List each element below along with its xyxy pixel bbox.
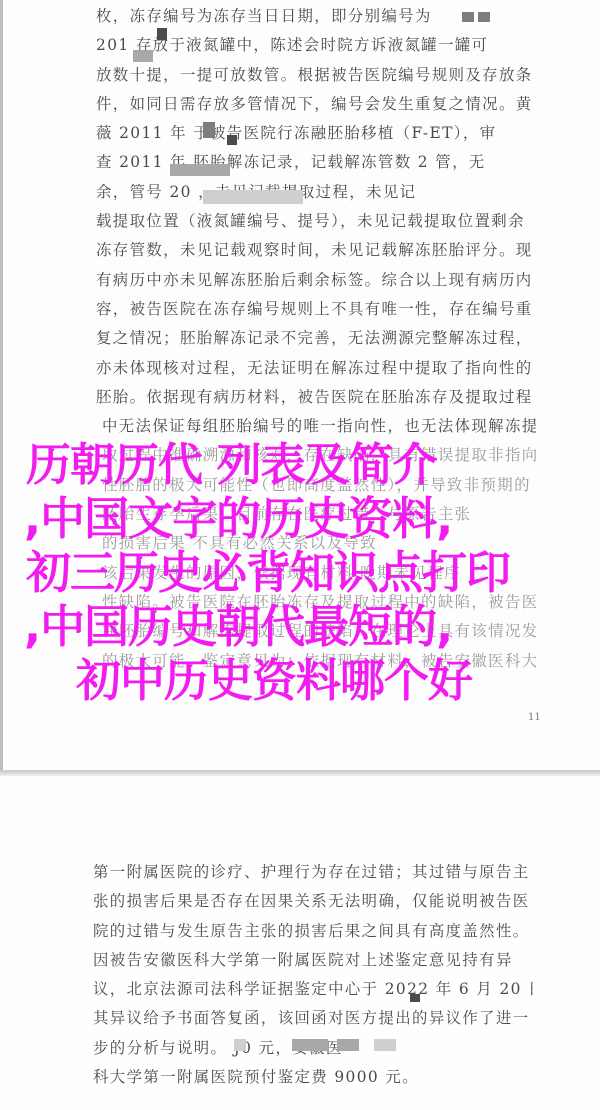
redaction-block bbox=[203, 190, 303, 204]
redaction-block bbox=[133, 50, 153, 62]
text-line: 第一附属医院的诊疗、护理行为存在过错；其过错与原告主 bbox=[93, 858, 533, 887]
page-number: 11 bbox=[528, 712, 541, 723]
text-line-content: 载提取位置（液氮罐编号、提号），未见记载提取位置剩余 bbox=[96, 212, 525, 230]
text-line: 放数十提，一提可放数管。根据被告医院编号规则及存放条 bbox=[96, 61, 536, 90]
overlay-line: ,中国历史朝代最短的, bbox=[24, 600, 452, 654]
text-line-content: 复之情况；胚胎解冻记录不完善，无法溯源完整解冻过程， bbox=[96, 329, 533, 347]
overlay-line: ,中国文字的历史资料, bbox=[24, 492, 452, 546]
text-line: 薇 2011 年 于被告医院行冻融胚胎移植（F-ET），审 bbox=[96, 119, 536, 148]
text-line: 件，如同日需存放多管情况下，编号会发生重复之情况。黄 bbox=[96, 90, 536, 119]
text-line: 胚胎。依据现有病历材料，被告医院在胚胎冻存及提取过程 bbox=[96, 383, 536, 412]
text-line-content: 薇 2011 年 于被告医院行冻融胚胎移植（F-ET），审 bbox=[96, 124, 496, 142]
text-line: 查 2011 年 胚胎解冻记录，记载解冻管数 2 管，无 bbox=[96, 148, 536, 177]
text-line: 有病历中亦未见解冻胚胎后剩余标签。综合以上现有病历内 bbox=[96, 266, 536, 295]
text-line: 容，被告医院在冻存编号规则上不具有唯一性，存在编号重 bbox=[96, 295, 536, 324]
text-line-content: 其异议给予书面答复函，该回函对医方提出的异议作了进一 bbox=[93, 1009, 530, 1027]
text-line: 载提取位置（液氮罐编号、提号），未见记载提取位置剩余 bbox=[96, 207, 536, 236]
text-line-content: 胚胎。依据现有病历材料，被告医院在胚胎冻存及提取过程 bbox=[96, 388, 533, 406]
redaction-block bbox=[337, 1039, 359, 1051]
text-line: 张的损害后果是否存在因果关系无法明确，仅能说明被告医 bbox=[93, 887, 533, 916]
text-line-content: 枚，冻存编号为冻存当日日期，即分别编号为 bbox=[96, 7, 432, 25]
redaction-block bbox=[157, 28, 167, 40]
text-line-content: 因被告安徽医科大学第一附属医院对上述鉴定意见持有异 bbox=[93, 951, 513, 969]
text-line: 冻存管数，未见记载观察时间，未见记载解冻胚胎评分。现 bbox=[96, 236, 536, 265]
text-line: 亦未体现核对过程，无法证明在解冻过程中提取了指向性的 bbox=[96, 354, 536, 383]
text-line: 科大学第一附属医院预付鉴定费 9000 元。 bbox=[93, 1063, 533, 1092]
text-line-content: 议，北京法源司法科学证据鉴定中心于 2022 年 6 月 20 日对 bbox=[93, 980, 533, 998]
redaction-block bbox=[170, 164, 230, 176]
text-line-content: 冻存管数，未见记载观察时间，未见记载解冻胚胎评分。现 bbox=[96, 241, 533, 259]
text-line-content: 科大学第一附属医院预付鉴定费 9000 元。 bbox=[93, 1068, 419, 1086]
text-line-content: 201 存放于液氮罐中，陈述会时院方诉液氮罐一罐可 bbox=[96, 36, 488, 54]
page-bottom-paragraph: 第一附属医院的诊疗、护理行为存在过错；其过错与原告主 张的损害后果是否存在因果关… bbox=[93, 858, 533, 1092]
text-line-content: 亦未体现核对过程，无法证明在解冻过程中提取了指向性的 bbox=[96, 359, 533, 377]
text-line-content: 张的损害后果是否存在因果关系无法明确，仅能说明被告医 bbox=[93, 892, 530, 910]
overlay-line: 初中历史资料哪个好 bbox=[76, 654, 472, 708]
text-line-content: 容，被告医院在冻存编号规则上不具有唯一性，存在编号重 bbox=[96, 300, 533, 318]
overlay-line: 初三历史必背知识点打印 bbox=[26, 546, 510, 600]
redaction-block bbox=[478, 12, 490, 22]
text-line-content: 有病历中亦未见解冻胚胎后剩余标签。综合以上现有病历内 bbox=[96, 271, 533, 289]
text-line: 因被告安徽医科大学第一附属医院对上述鉴定意见持有异 bbox=[93, 946, 533, 975]
redaction-block bbox=[292, 1039, 328, 1051]
redaction-block bbox=[374, 1039, 396, 1051]
text-line: 枚，冻存编号为冻存当日日期，即分别编号为 bbox=[96, 2, 536, 31]
text-line-content: 查 2011 年 胚胎解冻记录，记载解冻管数 2 管，无 bbox=[96, 153, 486, 171]
overlay-line: 历朝历代 列表及简介 bbox=[26, 438, 437, 492]
text-line-content: 第一附属医院的诊疗、护理行为存在过错；其过错与原告主 bbox=[93, 863, 530, 881]
text-line: 院的过错与发生原告主张的损害后果之间具有高度盖然性。 bbox=[93, 917, 533, 946]
text-line: 其异议给予书面答复函，该回函对医方提出的异议作了进一 bbox=[93, 1004, 533, 1033]
redaction-block bbox=[203, 122, 215, 138]
redaction-block bbox=[410, 994, 420, 1002]
text-line: 议，北京法源司法科学证据鉴定中心于 2022 年 6 月 20 日对 bbox=[93, 975, 533, 1004]
redaction-block bbox=[234, 1039, 246, 1051]
text-line-content: 件，如同日需存放多管情况下，编号会发生重复之情况。黄 bbox=[96, 95, 533, 113]
redaction-block bbox=[227, 135, 237, 145]
text-line: 复之情况；胚胎解冻记录不完善，无法溯源完整解冻过程， bbox=[96, 324, 536, 353]
text-line-content: 中无法保证每组胚胎编号的唯一指向性，也无法体现解冻提 bbox=[102, 417, 536, 435]
text-line-content: 院的过错与发生原告主张的损害后果之间具有高度盖然性。 bbox=[93, 922, 530, 940]
text-line-content: 放数十提，一提可放数管。根据被告医院编号规则及存放条 bbox=[96, 66, 533, 84]
text-line: 余，管号 20 ，未见记载提取过程，未见记 bbox=[96, 178, 536, 207]
document-page-bottom: 第一附属医院的诊疗、护理行为存在过错；其过错与原告主 张的损害后果是否存在因果关… bbox=[0, 776, 600, 1110]
redaction-block bbox=[462, 12, 474, 22]
